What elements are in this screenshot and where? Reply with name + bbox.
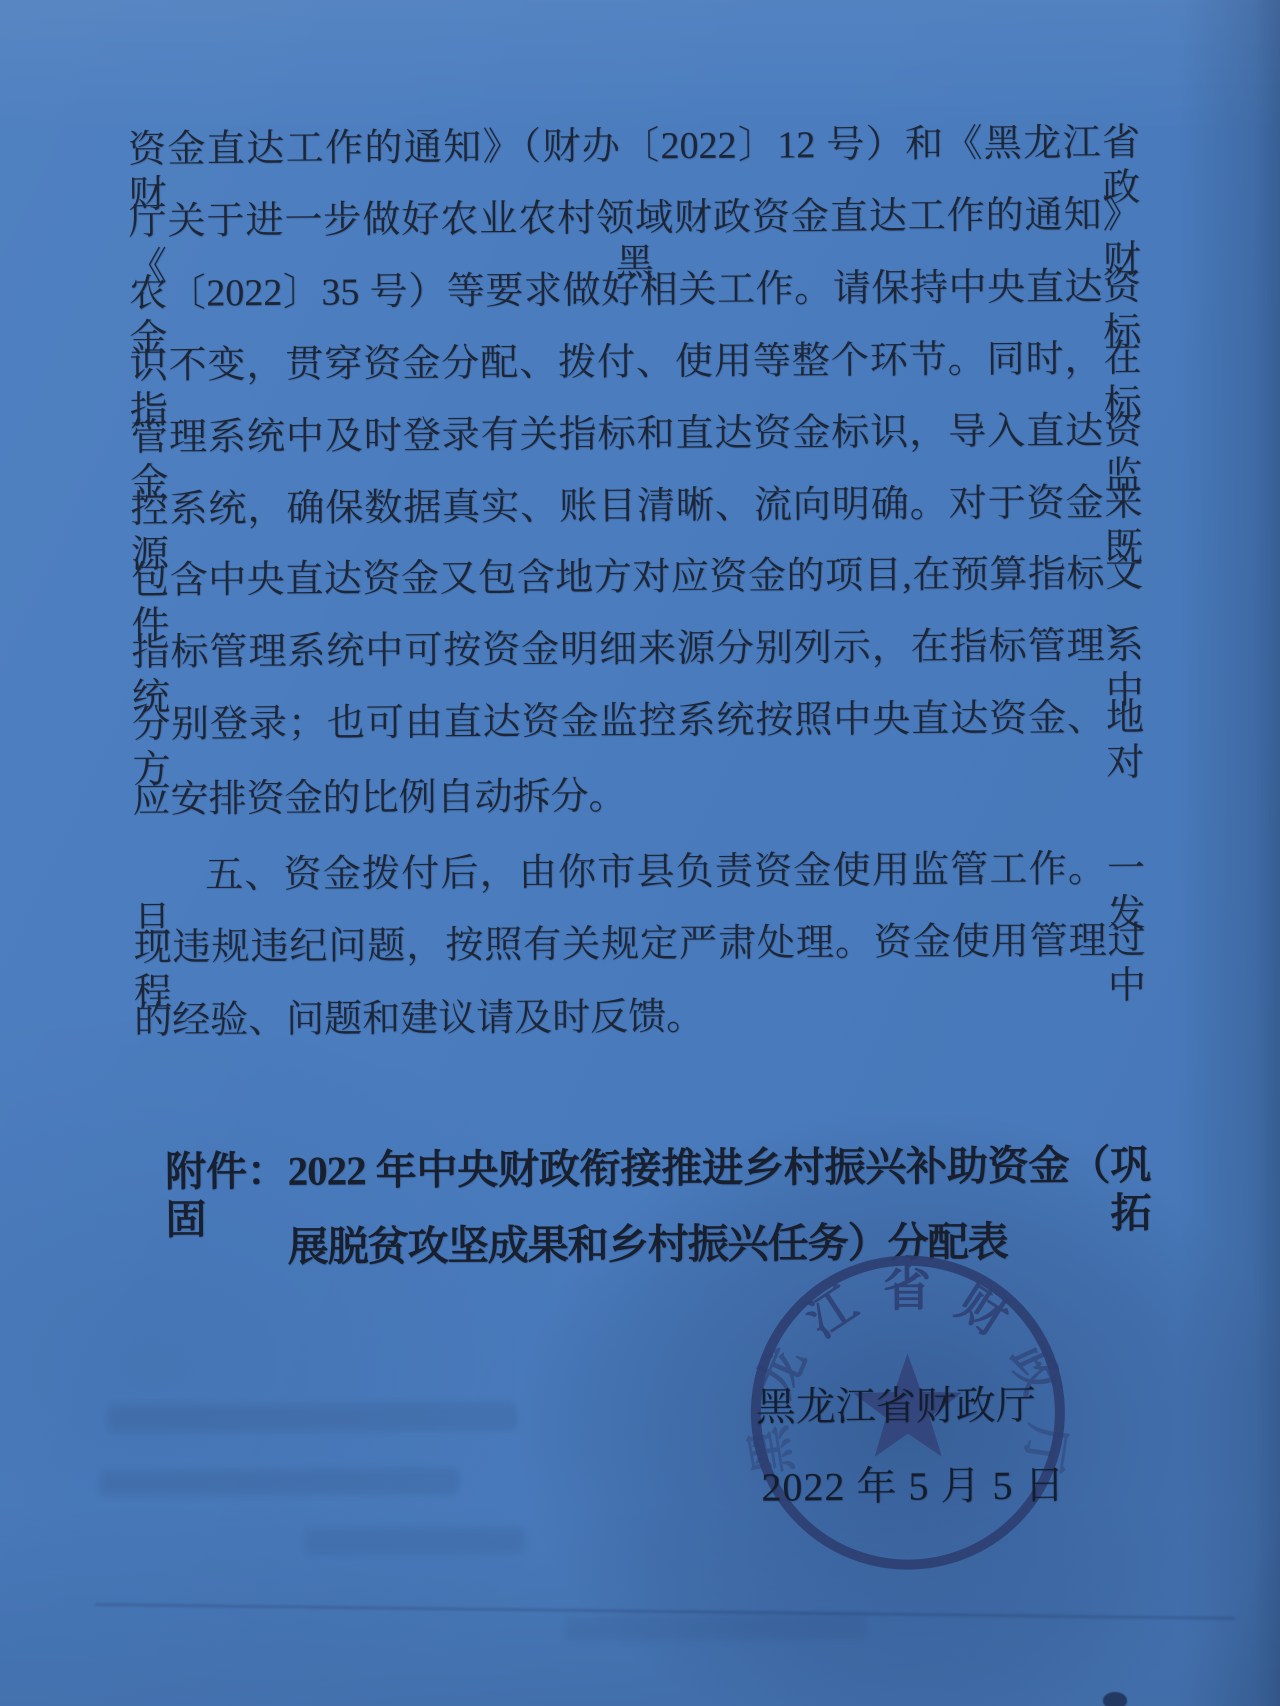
body-line-10: 应安排资金的比例自动拆分。 bbox=[132, 771, 1144, 823]
document-content: 资金直达工作的通知》（财办〔2022〕12 号）和《黑龙江省财政厅关于进一步做好… bbox=[0, 0, 1280, 1706]
seal-arc-char: 江 bbox=[798, 1277, 867, 1348]
document-body: 资金直达工作的通知》（财办〔2022〕12 号）和《黑龙江省财政厅关于进一步做好… bbox=[0, 0, 1274, 1]
seal-arc-char: 财 bbox=[948, 1276, 1017, 1347]
bleedthrough-smudge bbox=[305, 1527, 525, 1555]
seal-arc-char: 省 bbox=[883, 1263, 931, 1316]
attachment-section: 附件：2022 年中央财政衔接推进乡村振兴补助资金（巩固拓展脱贫攻坚成果和乡村振… bbox=[0, 0, 1274, 1]
paper-mark bbox=[1103, 1692, 1127, 1706]
body-line-13: 的经验、问题和建议请及时反馈。 bbox=[134, 992, 1146, 1044]
seal-department-text: 黑龙江省财政厅 bbox=[756, 1374, 1036, 1433]
seal-date-text: 2022 年 5 月 5 日 bbox=[761, 1453, 1065, 1512]
document-photo-page: 资金直达工作的通知》（财办〔2022〕12 号）和《黑龙江省财政厅关于进一步做好… bbox=[0, 0, 1280, 1706]
bleedthrough-smudge bbox=[107, 1402, 517, 1433]
bleedthrough-smudge bbox=[565, 1615, 865, 1641]
bleedthrough-smudge bbox=[99, 1468, 459, 1497]
